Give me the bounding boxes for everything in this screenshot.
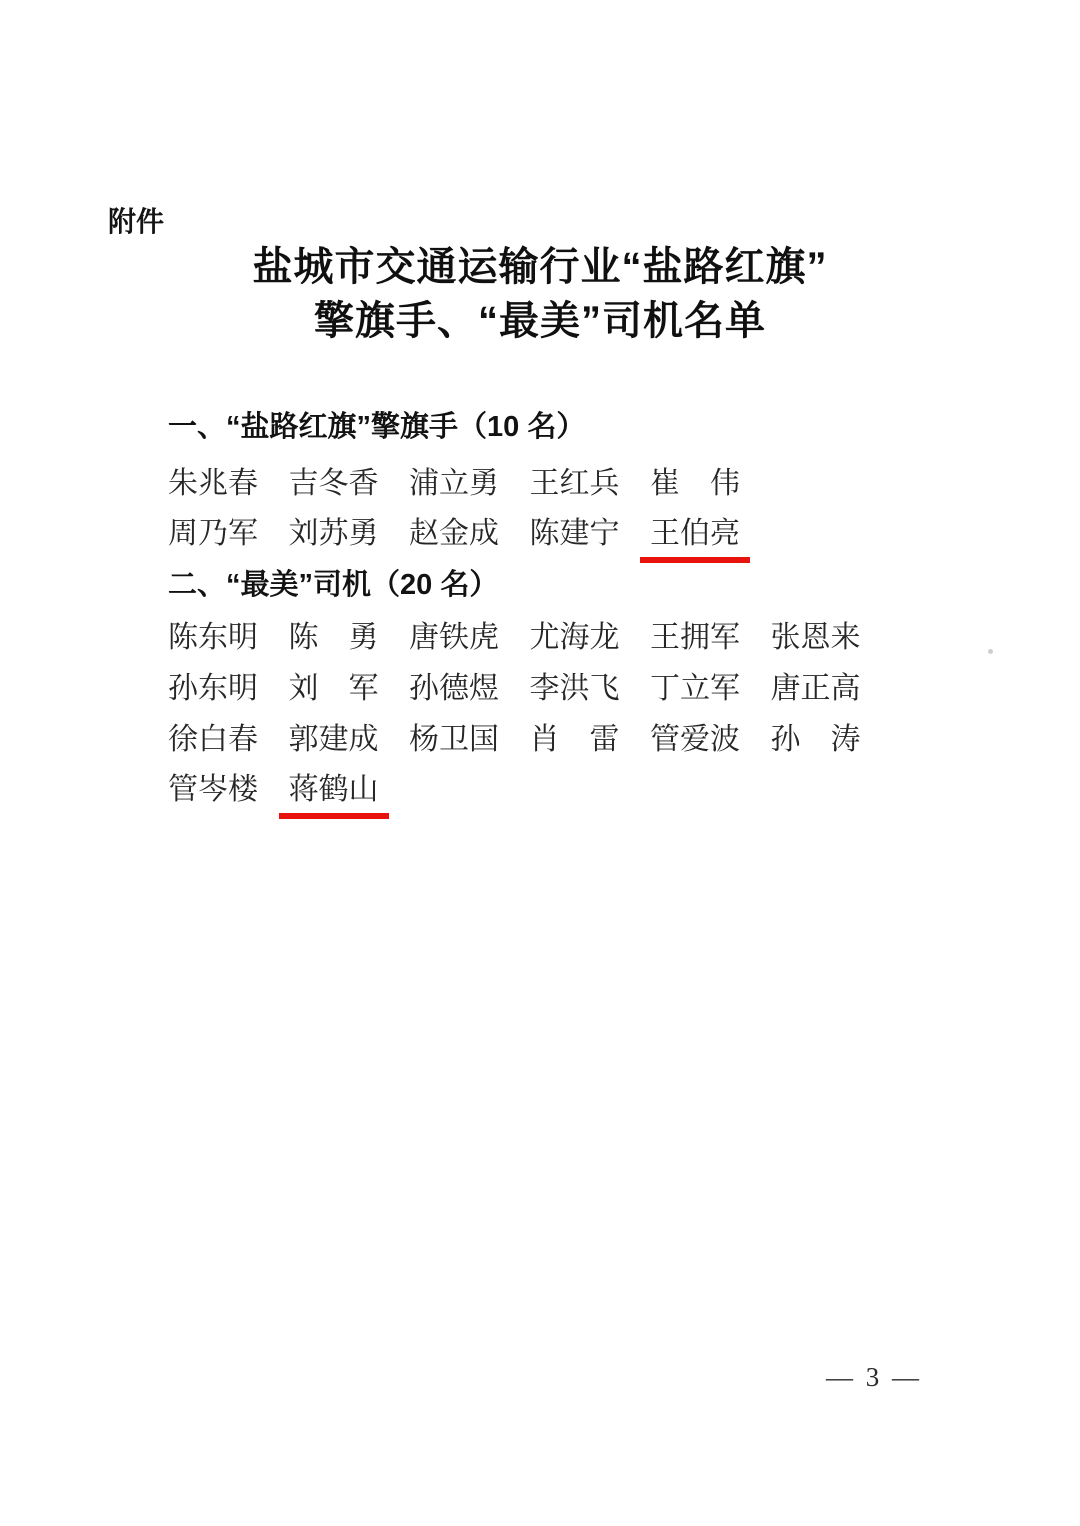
attachment-label: 附件 <box>108 200 164 240</box>
person-name: 刘苏勇 <box>289 508 379 552</box>
document-title: 盐城市交通运输行业“盐路红旗” 擎旗手、“最美”司机名单 <box>0 240 1080 348</box>
section1-name-row-2: 周乃军 刘苏勇 赵金成 陈建宁 王伯亮 <box>168 508 750 563</box>
person-name: 崔 伟 <box>650 458 740 502</box>
person-name: 孙东明 <box>168 663 258 707</box>
person-name: 管岑楼 <box>168 764 258 808</box>
person-name: 杨卫国 <box>409 714 499 758</box>
person-name: 陈 勇 <box>289 612 379 656</box>
person-name: 张恩来 <box>771 612 861 656</box>
person-name: 朱兆春 <box>168 458 258 502</box>
person-name: 徐白春 <box>168 714 258 758</box>
person-name: 李洪飞 <box>530 663 620 707</box>
person-name: 王红兵 <box>530 458 620 502</box>
section2-name-row-1: 陈东明 陈 勇 唐铁虎 尤海龙 王拥军 张恩来 <box>168 612 861 656</box>
person-name: 陈建宁 <box>530 508 620 552</box>
person-name: 唐正高 <box>771 663 861 707</box>
person-name: 孙德煜 <box>409 663 499 707</box>
person-name: 陈东明 <box>168 612 258 656</box>
section2-name-row-4: 管岑楼 蒋鹤山 <box>168 764 389 819</box>
title-line-2: 擎旗手、“最美”司机名单 <box>0 294 1080 348</box>
scan-artifact-dot <box>988 649 993 654</box>
title-line-1: 盐城市交通运输行业“盐路红旗” <box>0 240 1080 294</box>
page-number: — 3 — <box>826 1362 922 1393</box>
person-name: 孙 涛 <box>771 714 861 758</box>
person-name: 郭建成 <box>289 714 379 758</box>
document-page: 附件 盐城市交通运输行业“盐路红旗” 擎旗手、“最美”司机名单 一、“盐路红旗”… <box>0 0 1080 1526</box>
person-name-underlined: 蒋鹤山 <box>279 764 389 819</box>
section2-name-row-2: 孙东明 刘 军 孙德煜 李洪飞 丁立军 唐正高 <box>168 663 861 707</box>
section1-name-row-1: 朱兆春 吉冬香 浦立勇 王红兵 崔 伟 <box>168 458 740 502</box>
person-name: 肖 雷 <box>530 714 620 758</box>
person-name: 王拥军 <box>650 612 740 656</box>
person-name: 刘 军 <box>289 663 379 707</box>
person-name: 尤海龙 <box>530 612 620 656</box>
person-name: 吉冬香 <box>289 458 379 502</box>
section2-heading: 二、“最美”司机（20 名） <box>168 562 498 603</box>
person-name: 唐铁虎 <box>409 612 499 656</box>
section1-heading: 一、“盐路红旗”擎旗手（10 名） <box>168 404 585 445</box>
person-name: 浦立勇 <box>409 458 499 502</box>
person-name: 丁立军 <box>650 663 740 707</box>
person-name: 周乃军 <box>168 508 258 552</box>
section2-name-row-3: 徐白春 郭建成 杨卫国 肖 雷 管爱波 孙 涛 <box>168 714 861 758</box>
person-name: 赵金成 <box>409 508 499 552</box>
person-name: 管爱波 <box>650 714 740 758</box>
person-name-underlined: 王伯亮 <box>640 508 750 563</box>
